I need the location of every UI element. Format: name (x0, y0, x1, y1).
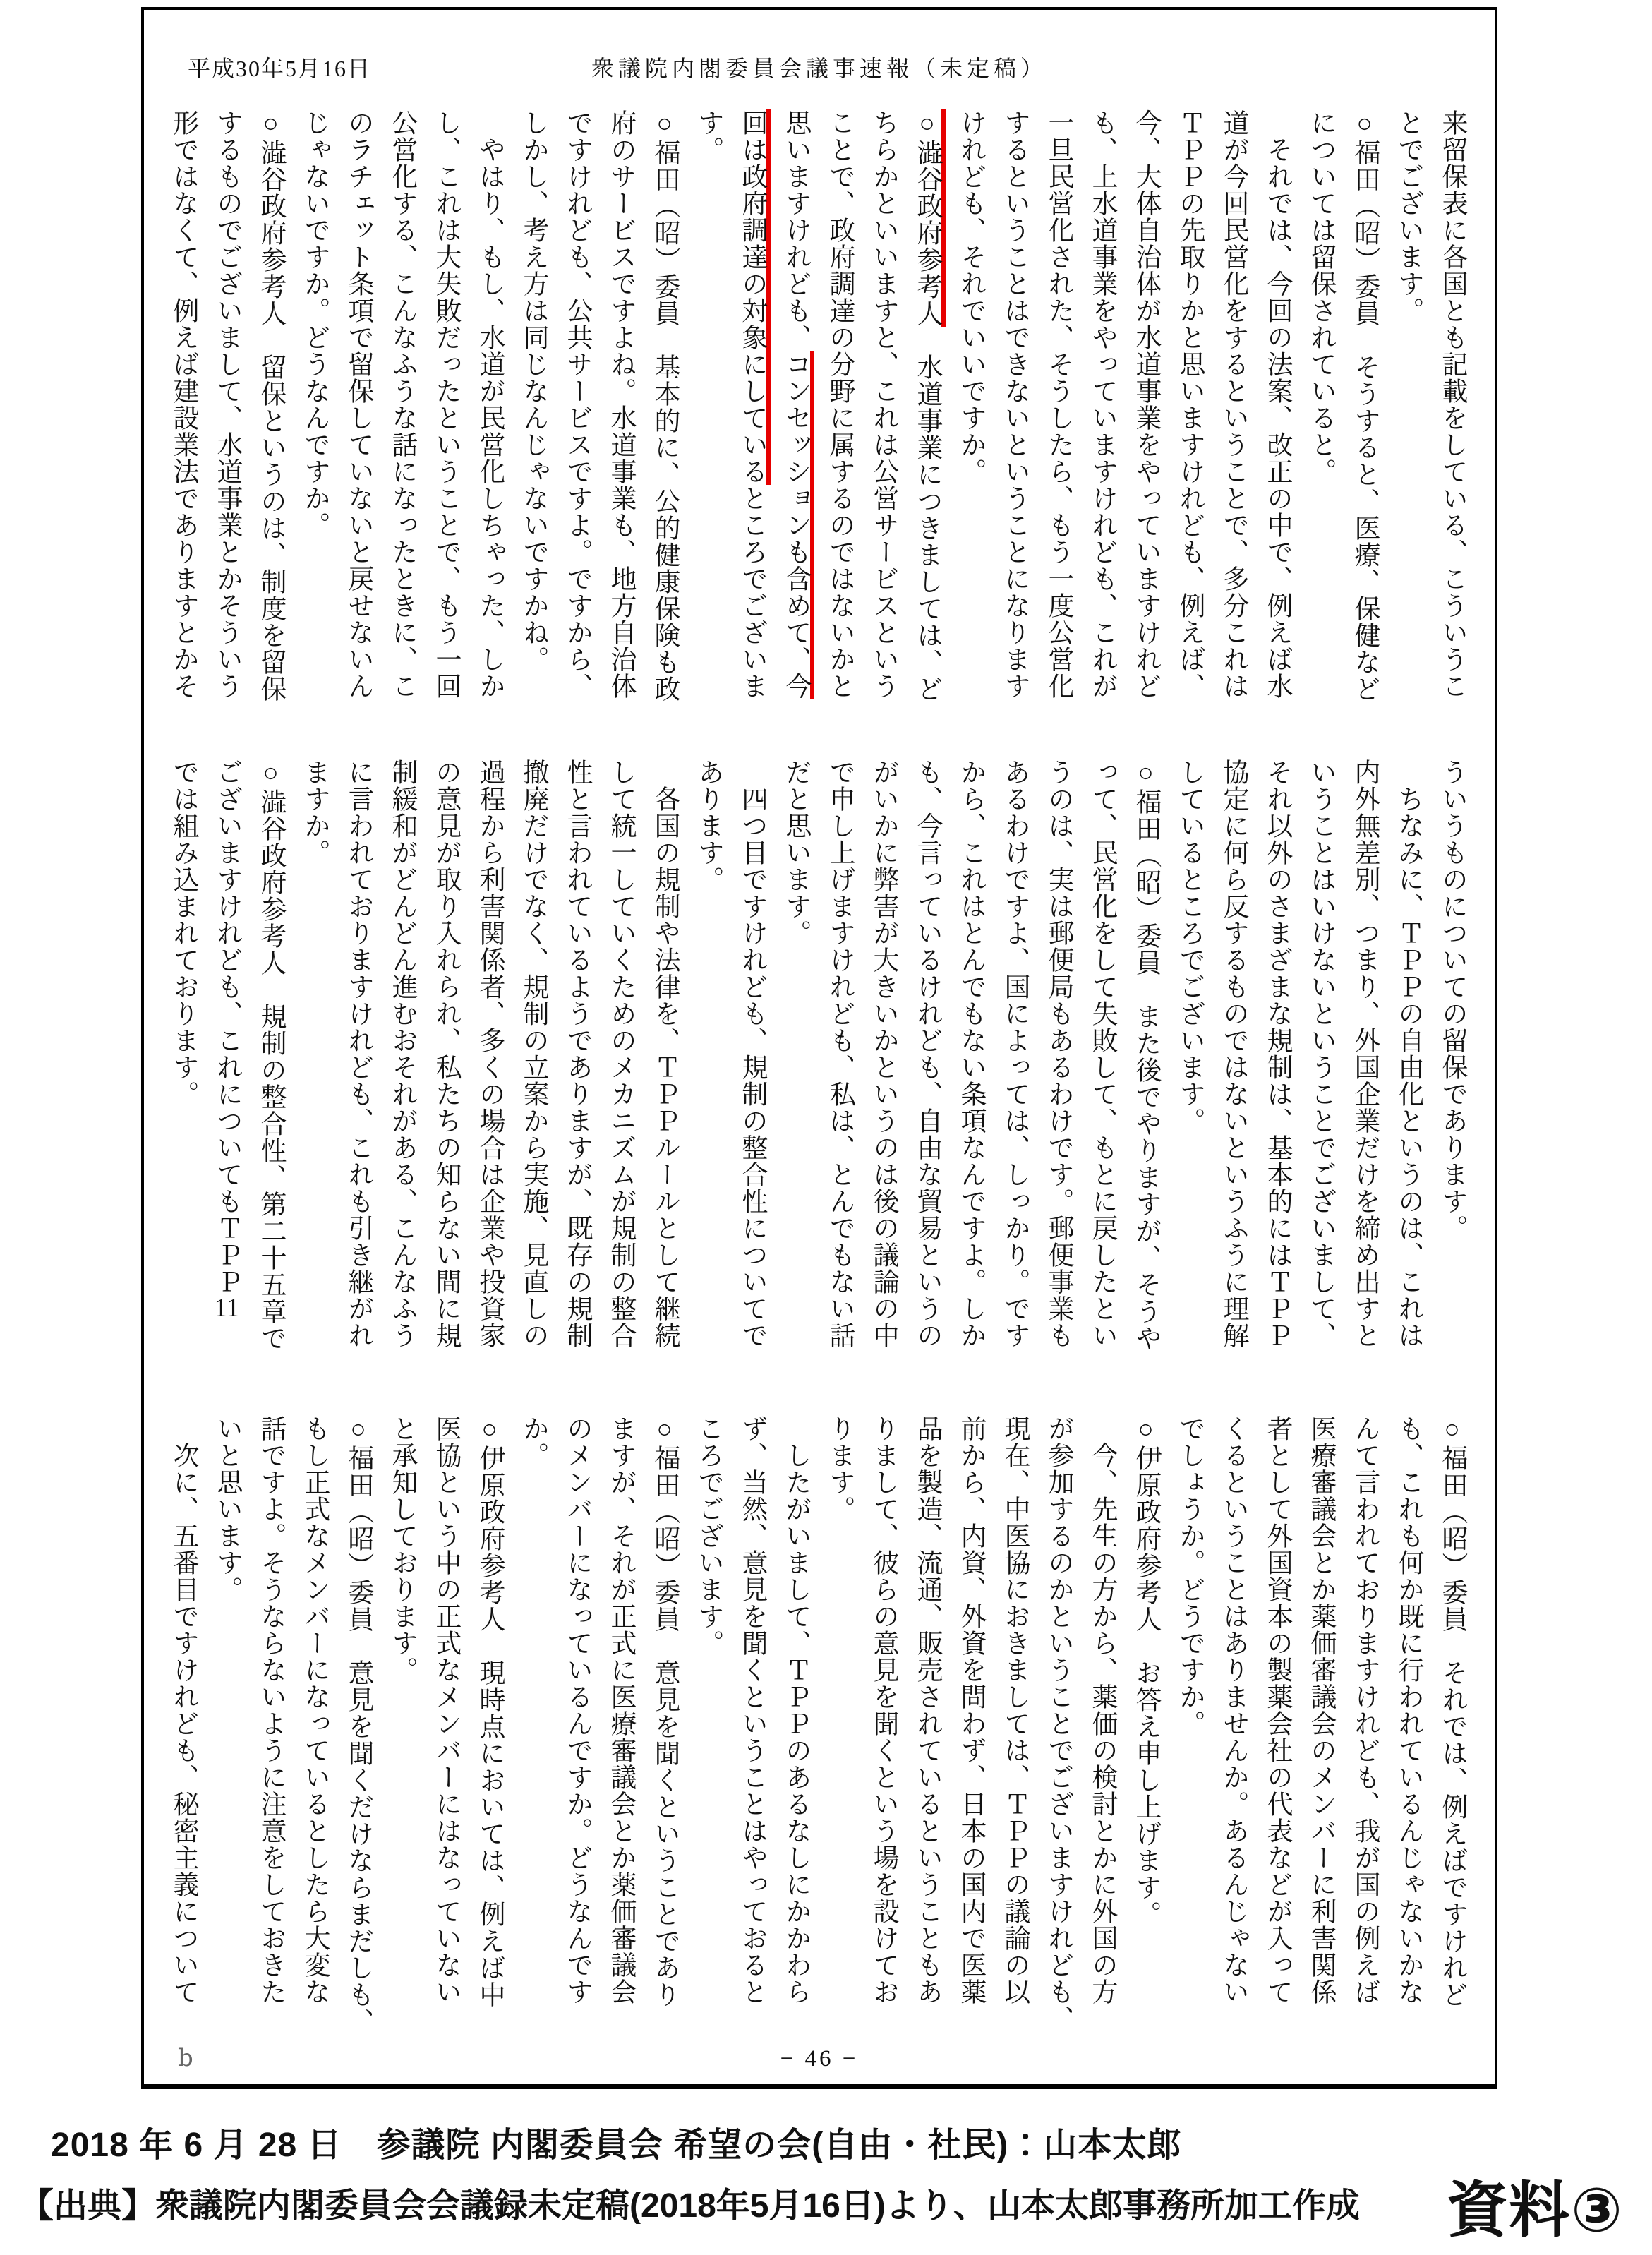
text-run: ○福田（昭）委員 それでは、例えばですけれど も、これも何か既に行われているんじ… (169, 1415, 1466, 2035)
text-run: ういうものについての留保であります。 ちなみに、ＴＰＰの自由化というのは、これは… (212, 759, 1466, 1352)
text-run: では組み込まれております。 (169, 759, 198, 1107)
text-run: 11 (212, 1295, 241, 1321)
document-label: 資料③ (1447, 2161, 1624, 2249)
transcript-block-3: ○福田（昭）委員 それでは、例えばですけれど も、これも何か既に行われているんじ… (147, 1415, 1473, 2045)
page-number: − 46 − (144, 2046, 1495, 2072)
caption-session-line: 2018 年 6 月 28 日 参議院 内閣委員会 希望の会(自由・社民)：山本… (51, 2117, 1181, 2166)
text-run: 来留保表に各国とも記載をしている、こういうこ とでございます。 ○福田（昭）委員… (956, 109, 1466, 702)
transcript-block-2: ういうものについての留保であります。 ちなみに、ＴＰＰの自由化というのは、これは… (147, 759, 1473, 1388)
transcript-block-1: 来留保表に各国とも記載をしている、こういうこ とでございます。 ○福田（昭）委員… (147, 109, 1473, 739)
text-run: ところでございま す。 ○福田（昭）委員 基本的に、公的健康保険も政 府のサービ… (169, 109, 766, 702)
header-title: 衆議院内閣委員会議事速報（未定稿） (144, 51, 1495, 83)
red-underlined-text: ○澁谷政府参考人 (912, 109, 946, 327)
document-page: 平成30年5月16日 衆議院内閣委員会議事速報（未定稿） 来留保表に各国とも記載… (141, 7, 1497, 2089)
caption-source-line: 【出典】衆議院内閣委員会会議録未定稿(2018年5月16日)より、山本太郎事務所… (20, 2178, 1360, 2227)
